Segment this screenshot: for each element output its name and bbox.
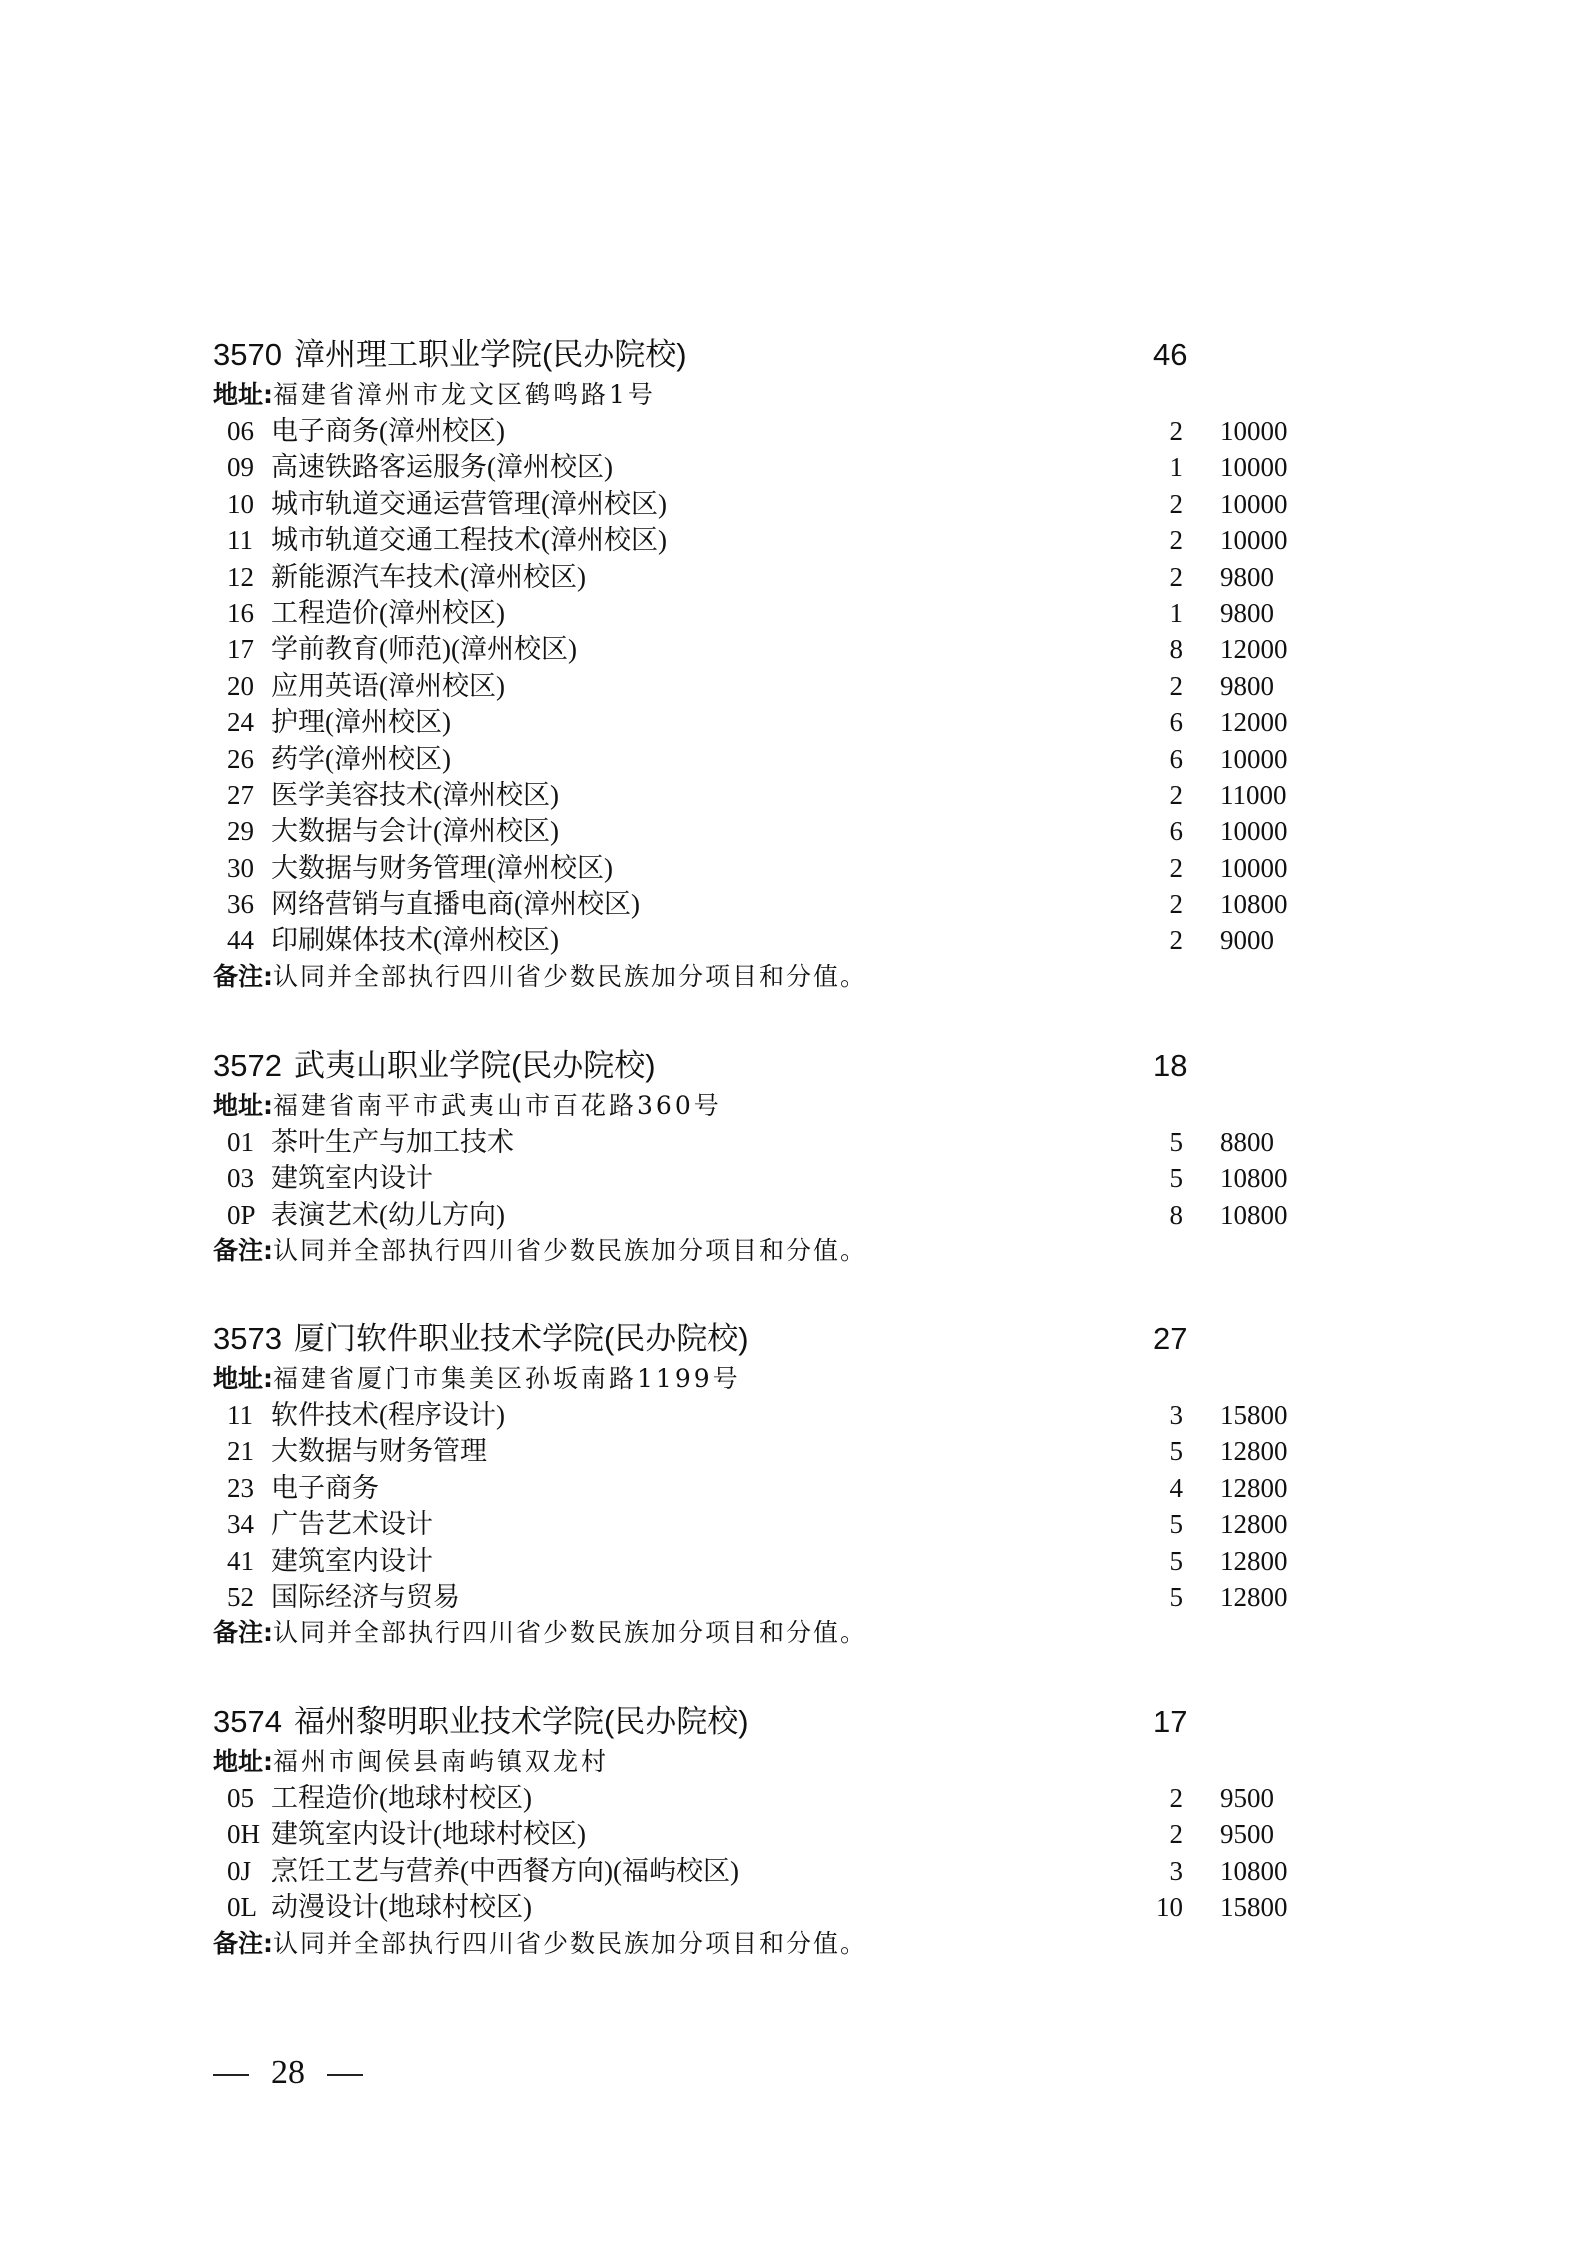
major-name: 电子商务 <box>271 1470 379 1506</box>
major-code: 52 <box>227 1579 254 1615</box>
major-code: 10 <box>227 486 254 522</box>
major-fee: 10000 <box>1220 449 1288 485</box>
major-code: 01 <box>227 1124 254 1160</box>
major-fee: 10000 <box>1220 522 1288 558</box>
school-quota: 17 <box>1153 1700 1187 1744</box>
note-value: 认同并全部执行四川省少数民族加分项目和分值。 <box>273 1618 867 1647</box>
school-code: 3573 <box>213 1317 282 1361</box>
major-fee: 9800 <box>1220 559 1274 595</box>
major-fee: 12000 <box>1220 631 1288 667</box>
footer-dash-left <box>213 2074 249 2076</box>
school-address: 地址:福州市闽侯县南屿镇双龙村 <box>213 1744 1363 1780</box>
major-row: 23电子商务412800 <box>213 1470 1363 1506</box>
school-block: 3573厦门软件职业技术学院(民办院校) 27 地址:福建省厦门市集美区孙坂南路… <box>213 1317 1363 1651</box>
major-row: 11软件技术(程序设计)315800 <box>213 1397 1363 1433</box>
major-row: 52国际经济与贸易512800 <box>213 1579 1363 1615</box>
major-name: 大数据与财务管理(漳州校区) <box>271 850 613 886</box>
major-code: 26 <box>227 741 254 777</box>
major-count: 3 <box>1133 1853 1183 1889</box>
major-count: 2 <box>1133 559 1183 595</box>
major-code: 41 <box>227 1543 254 1579</box>
major-count: 2 <box>1133 922 1183 958</box>
major-name: 软件技术(程序设计) <box>271 1397 505 1433</box>
major-fee: 10800 <box>1220 1197 1288 1233</box>
major-count: 1 <box>1133 595 1183 631</box>
major-code: 0P <box>227 1197 256 1233</box>
major-count: 8 <box>1133 631 1183 667</box>
footer-dash-right <box>327 2074 363 2076</box>
school-code: 3574 <box>213 1700 282 1744</box>
page-number: 28 <box>271 2054 305 2091</box>
major-count: 2 <box>1133 850 1183 886</box>
major-count: 2 <box>1133 777 1183 813</box>
major-row: 17学前教育(师范)(漳州校区)812000 <box>213 631 1363 667</box>
major-count: 8 <box>1133 1197 1183 1233</box>
major-row: 0P表演艺术(幼儿方向)810800 <box>213 1197 1363 1233</box>
major-row: 41建筑室内设计512800 <box>213 1543 1363 1579</box>
major-count: 2 <box>1133 886 1183 922</box>
major-row: 30大数据与财务管理(漳州校区)210000 <box>213 850 1363 886</box>
major-name: 印刷媒体技术(漳州校区) <box>271 922 559 958</box>
major-code: 11 <box>227 522 253 558</box>
major-row: 27医学美容技术(漳州校区)211000 <box>213 777 1363 813</box>
major-count: 2 <box>1133 413 1183 449</box>
school-note: 备注:认同并全部执行四川省少数民族加分项目和分值。 <box>213 1233 1363 1269</box>
major-count: 5 <box>1133 1124 1183 1160</box>
major-row: 29大数据与会计(漳州校区)610000 <box>213 813 1363 849</box>
school-name: 武夷山职业学院(民办院校) <box>294 1044 656 1088</box>
major-row: 10城市轨道交通运营管理(漳州校区)210000 <box>213 486 1363 522</box>
school-title: 3570漳州理工职业学院(民办院校) 46 <box>213 333 1363 377</box>
major-row: 20应用英语(漳州校区)29800 <box>213 668 1363 704</box>
major-name: 国际经济与贸易 <box>271 1579 460 1615</box>
major-row: 26药学(漳州校区)610000 <box>213 741 1363 777</box>
major-fee: 9800 <box>1220 595 1274 631</box>
major-name: 工程造价(地球村校区) <box>271 1780 532 1816</box>
major-count: 1 <box>1133 449 1183 485</box>
major-name: 药学(漳州校区) <box>271 741 451 777</box>
major-code: 03 <box>227 1160 254 1196</box>
major-fee: 15800 <box>1220 1889 1288 1925</box>
major-name: 护理(漳州校区) <box>271 704 451 740</box>
major-name: 广告艺术设计 <box>271 1506 433 1542</box>
major-fee: 9800 <box>1220 668 1274 704</box>
major-fee: 8800 <box>1220 1124 1274 1160</box>
school-address: 地址:福建省漳州市龙文区鹤鸣路1号 <box>213 377 1363 413</box>
major-code: 27 <box>227 777 254 813</box>
major-name: 高速铁路客运服务(漳州校区) <box>271 449 613 485</box>
major-count: 5 <box>1133 1160 1183 1196</box>
major-code: 20 <box>227 668 254 704</box>
major-name: 大数据与财务管理 <box>271 1433 487 1469</box>
major-count: 2 <box>1133 668 1183 704</box>
note-value: 认同并全部执行四川省少数民族加分项目和分值。 <box>273 1236 867 1265</box>
major-name: 城市轨道交通运营管理(漳州校区) <box>271 486 667 522</box>
major-count: 4 <box>1133 1470 1183 1506</box>
major-row: 01茶叶生产与加工技术58800 <box>213 1124 1363 1160</box>
major-row: 11城市轨道交通工程技术(漳州校区)210000 <box>213 522 1363 558</box>
major-name: 医学美容技术(漳州校区) <box>271 777 559 813</box>
major-code: 12 <box>227 559 254 595</box>
major-row: 16工程造价(漳州校区)19800 <box>213 595 1363 631</box>
major-row: 44印刷媒体技术(漳州校区)29000 <box>213 922 1363 958</box>
major-name: 建筑室内设计 <box>271 1543 433 1579</box>
school-name: 漳州理工职业学院(民办院校) <box>294 333 687 377</box>
school-note: 备注:认同并全部执行四川省少数民族加分项目和分值。 <box>213 959 1363 995</box>
major-code: 17 <box>227 631 254 667</box>
document-page: 3570漳州理工职业学院(民办院校) 46 地址:福建省漳州市龙文区鹤鸣路1号 … <box>0 0 1587 2245</box>
major-fee: 12800 <box>1220 1506 1288 1542</box>
major-row: 34广告艺术设计512800 <box>213 1506 1363 1542</box>
major-row: 0H建筑室内设计(地球村校区)29500 <box>213 1816 1363 1852</box>
major-fee: 11000 <box>1220 777 1287 813</box>
major-fee: 10000 <box>1220 486 1288 522</box>
school-address: 地址:福建省厦门市集美区孙坂南路1199号 <box>213 1361 1363 1397</box>
major-fee: 10800 <box>1220 1853 1288 1889</box>
major-row: 05工程造价(地球村校区)29500 <box>213 1780 1363 1816</box>
major-name: 网络营销与直播电商(漳州校区) <box>271 886 640 922</box>
major-fee: 12800 <box>1220 1470 1288 1506</box>
major-name: 电子商务(漳州校区) <box>271 413 505 449</box>
major-code: 34 <box>227 1506 254 1542</box>
major-fee: 9500 <box>1220 1780 1274 1816</box>
school-name: 福州黎明职业技术学院(民办院校) <box>294 1700 749 1744</box>
note-label: 备注: <box>213 1618 273 1647</box>
major-count: 6 <box>1133 704 1183 740</box>
major-code: 0J <box>227 1853 251 1889</box>
major-code: 44 <box>227 922 254 958</box>
major-fee: 9500 <box>1220 1816 1274 1852</box>
major-count: 5 <box>1133 1506 1183 1542</box>
school-note: 备注:认同并全部执行四川省少数民族加分项目和分值。 <box>213 1615 1363 1651</box>
major-code: 0H <box>227 1816 260 1852</box>
major-code: 11 <box>227 1397 253 1433</box>
school-block: 3570漳州理工职业学院(民办院校) 46 地址:福建省漳州市龙文区鹤鸣路1号 … <box>213 333 1363 995</box>
school-note: 备注:认同并全部执行四川省少数民族加分项目和分值。 <box>213 1926 1363 1962</box>
major-name: 建筑室内设计 <box>271 1160 433 1196</box>
major-name: 新能源汽车技术(漳州校区) <box>271 559 586 595</box>
address-label: 地址: <box>213 1747 273 1776</box>
major-fee: 10000 <box>1220 741 1288 777</box>
address-label: 地址: <box>213 1091 273 1120</box>
major-name: 动漫设计(地球村校区) <box>271 1889 532 1925</box>
major-row: 0L动漫设计(地球村校区)1015800 <box>213 1889 1363 1925</box>
major-row: 12新能源汽车技术(漳州校区)29800 <box>213 559 1363 595</box>
major-code: 16 <box>227 595 254 631</box>
major-name: 建筑室内设计(地球村校区) <box>271 1816 586 1852</box>
major-name: 大数据与会计(漳州校区) <box>271 813 559 849</box>
major-count: 2 <box>1133 1780 1183 1816</box>
major-code: 24 <box>227 704 254 740</box>
major-code: 0L <box>227 1889 257 1925</box>
major-count: 5 <box>1133 1579 1183 1615</box>
major-fee: 12800 <box>1220 1543 1288 1579</box>
address-value: 福建省厦门市集美区孙坂南路1199号 <box>273 1364 741 1393</box>
major-name: 学前教育(师范)(漳州校区) <box>271 631 577 667</box>
major-code: 05 <box>227 1780 254 1816</box>
address-value: 福州市闽侯县南屿镇双龙村 <box>273 1747 609 1776</box>
major-code: 36 <box>227 886 254 922</box>
note-label: 备注: <box>213 962 273 991</box>
major-code: 29 <box>227 813 254 849</box>
major-code: 30 <box>227 850 254 886</box>
major-fee: 12800 <box>1220 1433 1288 1469</box>
major-code: 21 <box>227 1433 254 1469</box>
major-fee: 10000 <box>1220 850 1288 886</box>
major-name: 茶叶生产与加工技术 <box>271 1124 514 1160</box>
school-block: 3574福州黎明职业技术学院(民办院校) 17 地址:福州市闽侯县南屿镇双龙村 … <box>213 1700 1363 1962</box>
major-row: 0J烹饪工艺与营养(中西餐方向)(福屿校区)310800 <box>213 1853 1363 1889</box>
major-fee: 12800 <box>1220 1579 1288 1615</box>
major-name: 烹饪工艺与营养(中西餐方向)(福屿校区) <box>271 1853 739 1889</box>
school-quota: 18 <box>1153 1044 1187 1088</box>
major-name: 应用英语(漳州校区) <box>271 668 505 704</box>
school-quota: 46 <box>1153 333 1187 377</box>
school-block: 3572武夷山职业学院(民办院校) 18 地址:福建省南平市武夷山市百花路360… <box>213 1044 1363 1269</box>
major-count: 6 <box>1133 741 1183 777</box>
address-value: 福建省漳州市龙文区鹤鸣路1号 <box>273 380 656 409</box>
address-label: 地址: <box>213 1364 273 1393</box>
major-count: 6 <box>1133 813 1183 849</box>
major-fee: 10000 <box>1220 413 1288 449</box>
major-code: 06 <box>227 413 254 449</box>
page-footer: 28 <box>213 2053 363 2093</box>
major-row: 24护理(漳州校区)612000 <box>213 704 1363 740</box>
note-value: 认同并全部执行四川省少数民族加分项目和分值。 <box>273 1929 867 1958</box>
major-count: 10 <box>1133 1889 1183 1925</box>
major-code: 23 <box>227 1470 254 1506</box>
major-name: 表演艺术(幼儿方向) <box>271 1197 505 1233</box>
major-count: 3 <box>1133 1397 1183 1433</box>
school-code: 3570 <box>213 333 282 377</box>
major-fee: 15800 <box>1220 1397 1288 1433</box>
major-code: 09 <box>227 449 254 485</box>
note-label: 备注: <box>213 1236 273 1265</box>
major-count: 2 <box>1133 486 1183 522</box>
major-row: 21大数据与财务管理512800 <box>213 1433 1363 1469</box>
major-count: 2 <box>1133 1816 1183 1852</box>
school-title: 3572武夷山职业学院(民办院校) 18 <box>213 1044 1363 1088</box>
school-quota: 27 <box>1153 1317 1187 1361</box>
address-value: 福建省南平市武夷山市百花路360号 <box>273 1091 722 1120</box>
major-count: 5 <box>1133 1433 1183 1469</box>
major-fee: 12000 <box>1220 704 1288 740</box>
major-count: 2 <box>1133 522 1183 558</box>
school-title: 3573厦门软件职业技术学院(民办院校) 27 <box>213 1317 1363 1361</box>
address-label: 地址: <box>213 380 273 409</box>
major-name: 工程造价(漳州校区) <box>271 595 505 631</box>
major-fee: 10800 <box>1220 886 1288 922</box>
major-count: 5 <box>1133 1543 1183 1579</box>
school-name: 厦门软件职业技术学院(民办院校) <box>294 1317 749 1361</box>
school-code: 3572 <box>213 1044 282 1088</box>
major-row: 09高速铁路客运服务(漳州校区)110000 <box>213 449 1363 485</box>
major-row: 36网络营销与直播电商(漳州校区)210800 <box>213 886 1363 922</box>
major-fee: 10800 <box>1220 1160 1288 1196</box>
major-name: 城市轨道交通工程技术(漳州校区) <box>271 522 667 558</box>
major-fee: 10000 <box>1220 813 1288 849</box>
major-fee: 9000 <box>1220 922 1274 958</box>
note-label: 备注: <box>213 1929 273 1958</box>
school-address: 地址:福建省南平市武夷山市百花路360号 <box>213 1088 1363 1124</box>
school-title: 3574福州黎明职业技术学院(民办院校) 17 <box>213 1700 1363 1744</box>
major-row: 06电子商务(漳州校区)210000 <box>213 413 1363 449</box>
major-row: 03建筑室内设计510800 <box>213 1160 1363 1196</box>
note-value: 认同并全部执行四川省少数民族加分项目和分值。 <box>273 962 867 991</box>
